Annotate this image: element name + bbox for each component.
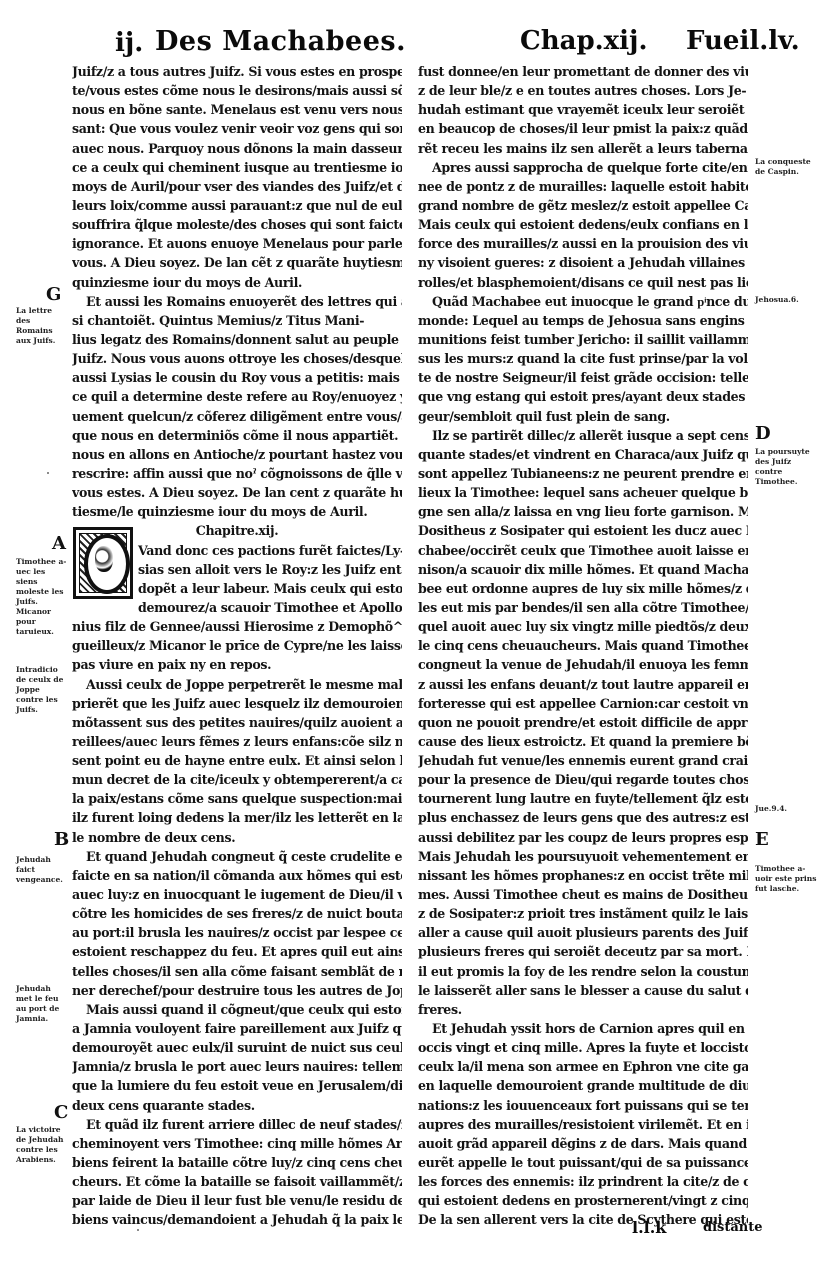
text-line: il eut promis la foy de les rendre selon… <box>418 962 748 981</box>
text-line: faicte en sa nation/il cõmanda aux hõmes… <box>72 866 402 885</box>
margin-note: Jehudah faict vengeance. <box>16 855 68 885</box>
text-line: tournerent lung lautre en fuyte/tellemen… <box>418 789 748 808</box>
text-line: tiesme/le quinziesme iour du moys de Aur… <box>72 502 402 521</box>
text-line: cause des lieux estroictz. Et quand la p… <box>418 732 748 751</box>
text-line: occis vingt et cinq mille. Apres la fuyt… <box>418 1038 748 1057</box>
text-line: quante stades/et vindrent en Characa/aux… <box>418 445 748 464</box>
text-line: Mais Jehudah les poursuyuoit vehementeme… <box>418 847 748 866</box>
text-line: aller a cause quil auoit plusieurs paren… <box>418 923 748 942</box>
text-line: nee de pontz z de murailles: laquelle es… <box>418 177 748 196</box>
margin-note: La conqueste de Caspin. <box>755 157 815 177</box>
text-line: souffrira q̃lque moleste/des choses qui … <box>72 215 402 234</box>
right-column: fust donnee/en leur promettant de donner… <box>418 62 748 1230</box>
text-line: Juifz/z a tous autres Juifz. Si vous est… <box>72 62 402 81</box>
margin-letter-a: A <box>52 533 66 554</box>
text-line: plus enchassez de leurs gens que des aut… <box>418 808 748 827</box>
text-line: quon ne pouoit prendre/et estoit diffici… <box>418 713 748 732</box>
text-line: rẽt receu les mains ilz sen allerẽt a le… <box>418 139 748 158</box>
text-line: que vng estang qui estoit pres/ayant deu… <box>418 387 748 406</box>
margin-note: La poursuyte des Juifz contre Timothee. <box>755 447 817 487</box>
ink-speck <box>137 1229 139 1231</box>
portrait-icon <box>95 546 113 572</box>
chapter-header: Chap.xij. <box>520 26 648 56</box>
text-line: pas viure en paix ny en repos. <box>72 655 402 674</box>
margin-letter-c: C <box>54 1102 68 1123</box>
text-line: la paix/estans cõme sans quelque suspect… <box>72 789 402 808</box>
text-line: en beaucop de choses/il leur pmist la pa… <box>418 119 748 138</box>
catchword: distante <box>703 1220 763 1235</box>
text-line: cõtre les homicides de ses freres/z de n… <box>72 904 402 923</box>
text-line: en laquelle demouroient grande multitude… <box>418 1076 748 1095</box>
text-line: ilz furent loing dedens la mer/ilz les l… <box>72 808 402 827</box>
text-line: sant: Que vous voulez venir veoir voz ge… <box>72 119 402 138</box>
text-line: Jehudah fut venue/les ennemis eurent gra… <box>418 751 748 770</box>
margin-letter-g: G <box>46 284 61 305</box>
text-line: biens feirent la bataille cõtre luy/z ci… <box>72 1153 402 1172</box>
text-line: Juifz. Nous vous auons ottroye les chose… <box>72 349 402 368</box>
text-line: Jamnia/z brusla le port auec leurs nauir… <box>72 1057 402 1076</box>
text-line: quinziesme iour du moys de Auril. <box>72 273 402 292</box>
text-line: mõtassent sus des petites nauires/quilz … <box>72 713 402 732</box>
text-line: nations:z les iouuenceaux fort puissans … <box>418 1096 748 1115</box>
text-line: Et Jehudah yssit hors de Carnion apres q… <box>418 1019 748 1038</box>
text-line: Mais ceulx qui estoient dedens/eulx conf… <box>418 215 748 234</box>
text-line: rolles/et blasphemoient/disans ce quil n… <box>418 273 748 292</box>
text-line: nius filz de Gennee/aussi Hierosime z De… <box>72 617 402 636</box>
text-line: les eut mis par bendes/il sen alla cõtre… <box>418 598 748 617</box>
text-line: a Jamnia vouloyent faire pareillement au… <box>72 1019 402 1038</box>
text-line: ignorance. Et auons enuoye Menelaus pour… <box>72 234 402 253</box>
text-line: le cinq cens cheuaucheurs. Mais quand Ti… <box>418 636 748 655</box>
folio-number: Fueil.lv. <box>686 26 800 56</box>
text-line: cheminoyent vers Timothee: cinq mille hõ… <box>72 1134 402 1153</box>
text-line: munitions feist tumber Jericho: il saill… <box>418 330 748 349</box>
text-line: par laide de Dieu il leur fust ble venu/… <box>72 1191 402 1210</box>
text-line: nison/a scauoir dix mille hõmes. Et quan… <box>418 560 748 579</box>
text-line: que nous en determiniõs cõme il nous app… <box>72 426 402 445</box>
margin-letter-e: E <box>755 829 769 850</box>
text-line: Mais aussi quand il cõgneut/que ceulx qu… <box>72 1000 402 1019</box>
text-line: mun decret de la cite/iceulx y obtempere… <box>72 770 402 789</box>
text-line: aupres des murailles/resistoient virilem… <box>418 1115 748 1134</box>
text-line: sus les murs:z quand la cite fust prinse… <box>418 349 748 368</box>
text-line: force des murailles/z aussi en la prouis… <box>418 234 748 253</box>
margin-note: Jehosua.6. <box>755 295 815 305</box>
text-line: qui estoient dedens en prosternerent/vin… <box>418 1191 748 1210</box>
text-line: z de Sosipater:z prioit tres instãment q… <box>418 904 748 923</box>
text-line: vous estes. A Dieu soyez. De lan cent z … <box>72 483 402 502</box>
text-line: le laisserẽt aller sans le blesser a cau… <box>418 981 748 1000</box>
text-line: deux cens quarante stades. <box>72 1096 402 1115</box>
text-line: auec luy:z en inuocquant le iugement de … <box>72 885 402 904</box>
text-line: sent point eu de hayne entre eulx. Et ai… <box>72 751 402 770</box>
text-line: quel auoit auec luy six vingtz mille pie… <box>418 617 748 636</box>
text-line: ce quil a determine deste refere au Roy/… <box>72 387 402 406</box>
text-line: auec nous. Parquoy nous dõnons la main d… <box>72 139 402 158</box>
text-line: plusieurs freres qui seroiẽt deceutz par… <box>418 942 748 961</box>
text-line: eurẽt appelle le tout puissant/qui de sa… <box>418 1153 748 1172</box>
signature-mark: l.l.k <box>632 1218 666 1237</box>
text-line: vous. A Dieu soyez. De lan cẽt z quarãte… <box>72 253 402 272</box>
text-line: ceulx la/il mena son armee en Ephron vne… <box>418 1057 748 1076</box>
text-line: z aussi les enfans deuant/z tout lautre … <box>418 675 748 694</box>
text-line: lius legatz des Romains/donnent salut au… <box>72 330 402 349</box>
text-line: De la sen allerent vers la cite de Scyth… <box>418 1210 748 1229</box>
text-line: bee eut ordonne aupres de luy six mille … <box>418 579 748 598</box>
text-line: nous en allons en Antioche/z pourtant ha… <box>72 445 402 464</box>
text-line: hudah estimant que vrayemẽt iceulx leur … <box>418 100 748 119</box>
left-column: Juifz/z a tous autres Juifz. Si vous est… <box>72 62 402 1230</box>
text-line: chabee/occirẽt ceulx que Timothee auoit … <box>418 541 748 560</box>
text-line: ce a ceulx qui cheminent iusque au trent… <box>72 158 402 177</box>
text-line: monde: Lequel au temps de Jehosua sans e… <box>418 311 748 330</box>
text-line: freres. <box>418 1000 748 1019</box>
folio-left: ij. <box>115 28 143 58</box>
text-line: pour la presence de Dieu/qui regarde tou… <box>418 770 748 789</box>
text-line: au port:il brusla les nauires/z occist p… <box>72 923 402 942</box>
text-line: cheurs. Et cõme la bataille se faisoit v… <box>72 1172 402 1191</box>
text-line: aussi Lysias le cousin du Roy vous a pet… <box>72 368 402 387</box>
text-line: lieux la Timothee: lequel sans acheuer q… <box>418 483 748 502</box>
text-line: Et aussi les Romains enuoyerẽt des lettr… <box>72 292 402 311</box>
book-page: ij. Des Machabees. Chap.xij. Fueil.lv. J… <box>0 0 830 1271</box>
text-line: le nombre de deux cens. <box>72 828 402 847</box>
text-line: Ilz se partirẽt dillec/z allerẽt iusque … <box>418 426 748 445</box>
text-line: Et quãd ilz furent arriere dillec de neu… <box>72 1115 402 1134</box>
text-line: rescrire: affin aussi que noˀ cõgnoisson… <box>72 464 402 483</box>
margin-note: La victoire de Jehudah contre les Arabie… <box>16 1125 68 1165</box>
margin-letter-d: D <box>755 423 771 444</box>
text-line: prierẽt que les Juifz auec lesquelz ilz … <box>72 694 402 713</box>
text-line: demouroyẽt auec eulx/il suruint de nuict… <box>72 1038 402 1057</box>
text-line: telles choses/il sen alla cõme faisant s… <box>72 962 402 981</box>
margin-note: Intradicio de ceulx de Joppe contre les … <box>16 665 68 715</box>
text-line: nissant les hõmes prophanes:z en occist … <box>418 866 748 885</box>
decorated-initial-q <box>73 527 133 599</box>
text-line: auoit grãd appareil dẽgins z de dars. Ma… <box>418 1134 748 1153</box>
margin-letter-b: B <box>54 829 69 850</box>
text-line: nous en bõne sante. Menelaus est venu ve… <box>72 100 402 119</box>
text-line: ny visoient gueres: z disoient a Jehudah… <box>418 253 748 272</box>
text-line: te/vous estes cõme nous le desirons/mais… <box>72 81 402 100</box>
text-line: te de nostre Seigneur/il feist grãde occ… <box>418 368 748 387</box>
text-line: grand nombre de gẽtz meslez/z estoit app… <box>418 196 748 215</box>
text-line: Quãd Machabee eut inuocque le grand pͥnc… <box>418 292 748 311</box>
text-line: aussi debilitez par les coupz de leurs p… <box>418 828 748 847</box>
text-line: les forces des ennemis: ilz prindrent la… <box>418 1172 748 1191</box>
text-line: gne sen alla/z laissa en vng lieu forte … <box>418 502 748 521</box>
text-line: Apres aussi sapprocha de quelque forte c… <box>418 158 748 177</box>
text-line: uement quelcun/z cõferez diligẽment entr… <box>72 407 402 426</box>
text-line: mes. Aussi Timothee cheut es mains de Do… <box>418 885 748 904</box>
text-line: estoient reschappez du feu. Et apres qui… <box>72 942 402 961</box>
text-line: reillees/auec leurs fẽmes z leurs enfans… <box>72 732 402 751</box>
text-line: Aussi ceulx de Joppe perpetrerẽt le mesm… <box>72 675 402 694</box>
text-line: demourez/a scauoir Timothee et Apollo- <box>72 598 402 617</box>
running-header: ij. Des Machabees. Chap.xij. Fueil.lv. <box>0 26 830 60</box>
text-line: forteresse qui est appellee Carnion:car … <box>418 694 748 713</box>
text-line: z de leur ble/z e en toutes autres chose… <box>418 81 748 100</box>
text-line: geur/sembloit quil fust plein de sang. <box>418 407 748 426</box>
text-line: moys de Auril/pour vser des viandes des … <box>72 177 402 196</box>
margin-note: Timothee a-uec les siens moleste les Jui… <box>16 557 68 637</box>
text-line: si chantoiẽt. Quintus Memius/z Titus Man… <box>72 311 402 330</box>
running-title: Des Machabees. <box>155 26 406 57</box>
margin-note: Jue.9.4. <box>755 804 815 814</box>
text-line: congneut la venue de Jehudah/il enuoya l… <box>418 655 748 674</box>
text-line: ner derechef/pour destruire tous les aut… <box>72 981 402 1000</box>
margin-note: La lettre des Romains aux Juifs. <box>16 306 66 346</box>
text-line: sont appellez Tubianeens:z ne peurent pr… <box>418 464 748 483</box>
text-line: Dositheus z Sosipater qui estoient les d… <box>418 521 748 540</box>
text-line: biens vaincus/demandoient a Jehudah q̃ l… <box>72 1210 402 1229</box>
text-line: leurs loix/comme aussi parauant:z que nu… <box>72 196 402 215</box>
margin-note: Timothee a-uoir este prins fut lasche. <box>755 864 821 894</box>
margin-note: Jehudah met le feu au port de Jamnia. <box>16 984 68 1024</box>
text-line: Et quand Jehudah congneut q̃ ceste crude… <box>72 847 402 866</box>
text-line: fust donnee/en leur promettant de donner… <box>418 62 748 81</box>
text-line: gueilleux/z Micanor le prīce de Cypre/ne… <box>72 636 402 655</box>
text-line: que la lumiere du feu estoit veue en Jer… <box>72 1076 402 1095</box>
ink-speck <box>47 472 49 474</box>
